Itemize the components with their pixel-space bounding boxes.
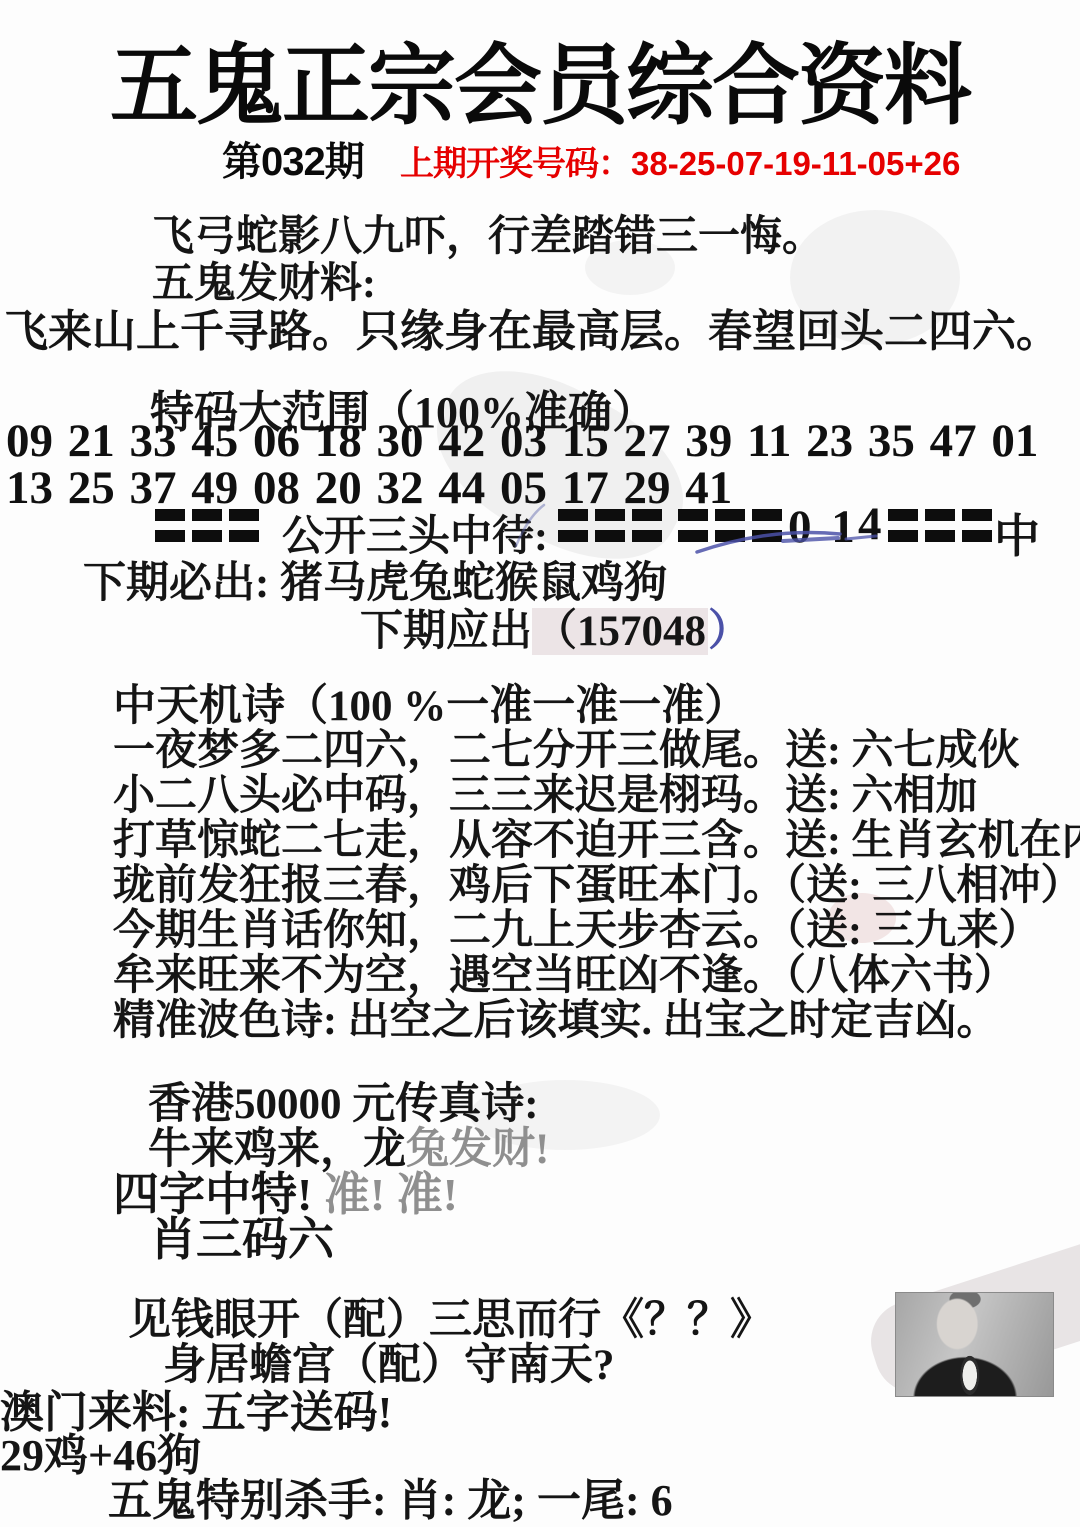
- previous-draw-numbers: 38-25-07-19-11-05+26: [631, 145, 960, 182]
- block-icon: [925, 509, 955, 542]
- block-icon: [888, 509, 918, 542]
- block-icon: [715, 509, 745, 542]
- previous-draw-line: 上期开奖号码：38-25-07-19-11-05+26: [400, 136, 960, 185]
- redaction-blocks-icon: [888, 509, 992, 542]
- previous-draw-label: 上期开奖号码：: [400, 145, 631, 183]
- revealed-heads-digits: 0 1: [788, 500, 855, 554]
- block-icon: [558, 509, 588, 542]
- three-heads-suffix: 中: [994, 500, 1040, 566]
- tianji-line: 精准波色诗: 出空之后该填实. 出宝之时定吉凶。: [113, 987, 999, 1047]
- block-icon: [595, 509, 625, 542]
- redaction-blocks-icon: [558, 509, 662, 542]
- fax-line-4: 肖三码六: [150, 1203, 334, 1269]
- block-icon: [155, 509, 185, 542]
- issue-number: 第032期: [222, 130, 364, 187]
- killer-line: 五鬼特别杀手: 肖: 龙; 一尾: 6: [108, 1464, 673, 1527]
- revealed-heads-digit-extra: 4: [858, 497, 882, 551]
- block-icon: [962, 509, 992, 542]
- page-title: 五鬼正宗会员综合资料: [0, 16, 1080, 142]
- next-should-appear-prefix: 下期应出: [360, 608, 532, 655]
- next-should-appear-numbers: （157048: [532, 608, 708, 655]
- handwritten-paren-mark: ）: [708, 608, 751, 655]
- intro-line-3: 飞来山上千寻路。只缘身在最高层。春望回头二四六。: [4, 295, 1060, 359]
- portrait-photo: [895, 1292, 1054, 1397]
- block-icon: [229, 509, 259, 542]
- next-should-appear-line: 下期应出（157048）: [360, 597, 751, 658]
- lottery-tip-sheet: 五鬼正宗会员综合资料 第032期 上期开奖号码：38-25-07-19-11-0…: [0, 0, 1080, 1527]
- block-icon: [632, 509, 662, 542]
- block-icon: [678, 509, 708, 542]
- redaction-blocks-icon: [678, 509, 782, 542]
- block-icon: [192, 509, 222, 542]
- fax-line-3-light: 准! 准!: [324, 1169, 458, 1220]
- block-icon: [752, 509, 782, 542]
- redaction-blocks-icon: [155, 509, 259, 542]
- special-range-row-1: 09 21 33 45 06 18 30 42 03 15 27 39 11 2…: [6, 414, 1038, 468]
